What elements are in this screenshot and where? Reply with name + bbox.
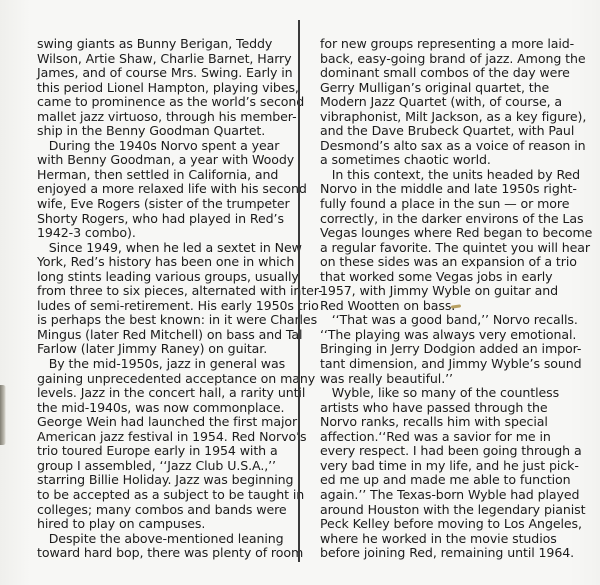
text-line: a regular favorite. The quintet you will… [320,241,592,256]
text-line: ‘‘The playing was always very emotional. [320,328,592,343]
text-line: from three to six pieces, alternated wit… [37,284,323,299]
text-line: affection.‘‘Red was a savior for me in [320,430,592,445]
text-line: was really beautiful.’’ [320,372,592,387]
text-line: on these sides was an expansion of a tri… [320,255,592,270]
text-line: and the Dave Brubeck Quartet, with Paul [320,124,592,139]
text-line: came to prominence as the world’s second [37,95,323,110]
text-line: hired to play on campuses. [37,517,323,532]
text-line: group I assembled, ‘‘Jazz Club U.S.A.,’’ [37,459,323,474]
text-line: fully found a place in the sun — or more [320,197,592,212]
text-line: levels. Jazz in the concert hall, a rari… [37,386,323,401]
text-line: before joining Red, remaining until 1964… [320,546,592,561]
text-line: Shorty Rogers, who had played in Red’s [37,212,323,227]
text-line: Wyble, like so many of the countless [320,386,592,401]
right-text-column: for new groups representing a more laid-… [320,37,592,561]
text-line: By the mid-1950s, jazz in general was [37,357,323,372]
text-line: swing giants as Bunny Berigan, Teddy [37,37,323,52]
text-line: where he worked in the movie studios [320,532,592,547]
text-line: James, and of course Mrs. Swing. Early i… [37,66,323,81]
text-line: back, easy-going brand of jazz. Among th… [320,52,592,67]
text-line: vibraphonist, Milt Jackson, as a key fig… [320,110,592,125]
text-line: During the 1940s Norvo spent a year [37,139,323,154]
text-line: Gerry Mulligan’s original quartet, the [320,81,592,96]
text-line: enjoyed a more relaxed life with his sec… [37,182,323,197]
text-line: Bringing in Jerry Dodgion added an impor… [320,342,592,357]
text-line: is perhaps the best known: in it were Ch… [37,313,323,328]
text-line: ‘‘That was a good band,’’ Norvo recalls. [320,313,592,328]
text-line: Norvo in the middle and late 1950s right… [320,182,592,197]
text-line: dominant small combos of the day were [320,66,592,81]
text-line: to be accepted as a subject to be taught… [37,488,323,503]
text-line: Modern Jazz Quartet (with, of course, a [320,95,592,110]
text-line: Desmond’s alto sax as a voice of reason … [320,139,592,154]
text-line: tant dimension, and Jimmy Wyble’s sound [320,357,592,372]
liner-notes-page: swing giants as Bunny Berigan, Teddy Wil… [0,0,600,585]
text-line: American jazz festival in 1954. Red Norv… [37,430,323,445]
text-line: the mid-1940s, was now commonplace. [37,401,323,416]
text-line: Herman, then settled in California, and [37,168,323,183]
text-line-with-smudge: Red Wootten on bass. [320,299,592,314]
ink-smudge [451,304,461,308]
text-line: that worked some Vegas jobs in early [320,270,592,285]
text-line: ludes of semi-retirement. His early 1950… [37,299,323,314]
text-line: 1957, with Jimmy Wyble on guitar and [320,284,592,299]
text-line: artists who have passed through the [320,401,592,416]
text-line: around Houston with the legendary pianis… [320,503,592,518]
text-line: ed me up and made me able to function [320,473,592,488]
text-line: colleges; many combos and bands were [37,503,323,518]
text-line: Mingus (later Red Mitchell) on bass and … [37,328,323,343]
text-line: this period Lionel Hampton, playing vibe… [37,81,323,96]
text-line: York, Red’s history has been one in whic… [37,255,323,270]
text-line: Red Wootten on bass. [320,298,455,313]
text-line: toward hard bop, there was plenty of roo… [37,546,323,561]
text-line: for new groups representing a more laid- [320,37,592,52]
text-line: again.’’ The Texas-born Wyble had played [320,488,592,503]
text-line: starring Billie Holiday. Jazz was beginn… [37,473,323,488]
text-line: a sometimes chaotic world. [320,153,592,168]
column-divider [298,20,300,562]
text-line: gaining unprecedented acceptance on many [37,372,323,387]
text-line: correctly, in the darker environs of the… [320,212,592,227]
binding-shadow [0,385,6,445]
text-line: In this context, the units headed by Red [320,168,592,183]
text-line: with Benny Goodman, a year with Woody [37,153,323,168]
text-line: Farlow (later Jimmy Raney) on guitar. [37,342,323,357]
text-line: Vegas lounges where Red began to become [320,226,592,241]
text-line: Since 1949, when he led a sextet in New [37,241,323,256]
text-line: wife, Eve Rogers (sister of the trumpete… [37,197,323,212]
text-line: very bad time in my life, and he just pi… [320,459,592,474]
text-line: Wilson, Artie Shaw, Charlie Barnet, Harr… [37,52,323,67]
text-line: George Wein had launched the first major [37,415,323,430]
text-line: ship in the Benny Goodman Quartet. [37,124,323,139]
text-line: mallet jazz virtuoso, through his member… [37,110,323,125]
text-line: Norvo ranks, recalls him with special [320,415,592,430]
text-line: long stints leading various groups, usua… [37,270,323,285]
text-line: Despite the above-mentioned leaning [37,532,323,547]
text-line: trio toured Europe early in 1954 with a [37,444,323,459]
text-line: 1942-3 combo). [37,226,323,241]
left-text-column: swing giants as Bunny Berigan, Teddy Wil… [37,37,323,561]
text-line: Peck Kelley before moving to Los Angeles… [320,517,592,532]
text-line: every respect. I had been going through … [320,444,592,459]
